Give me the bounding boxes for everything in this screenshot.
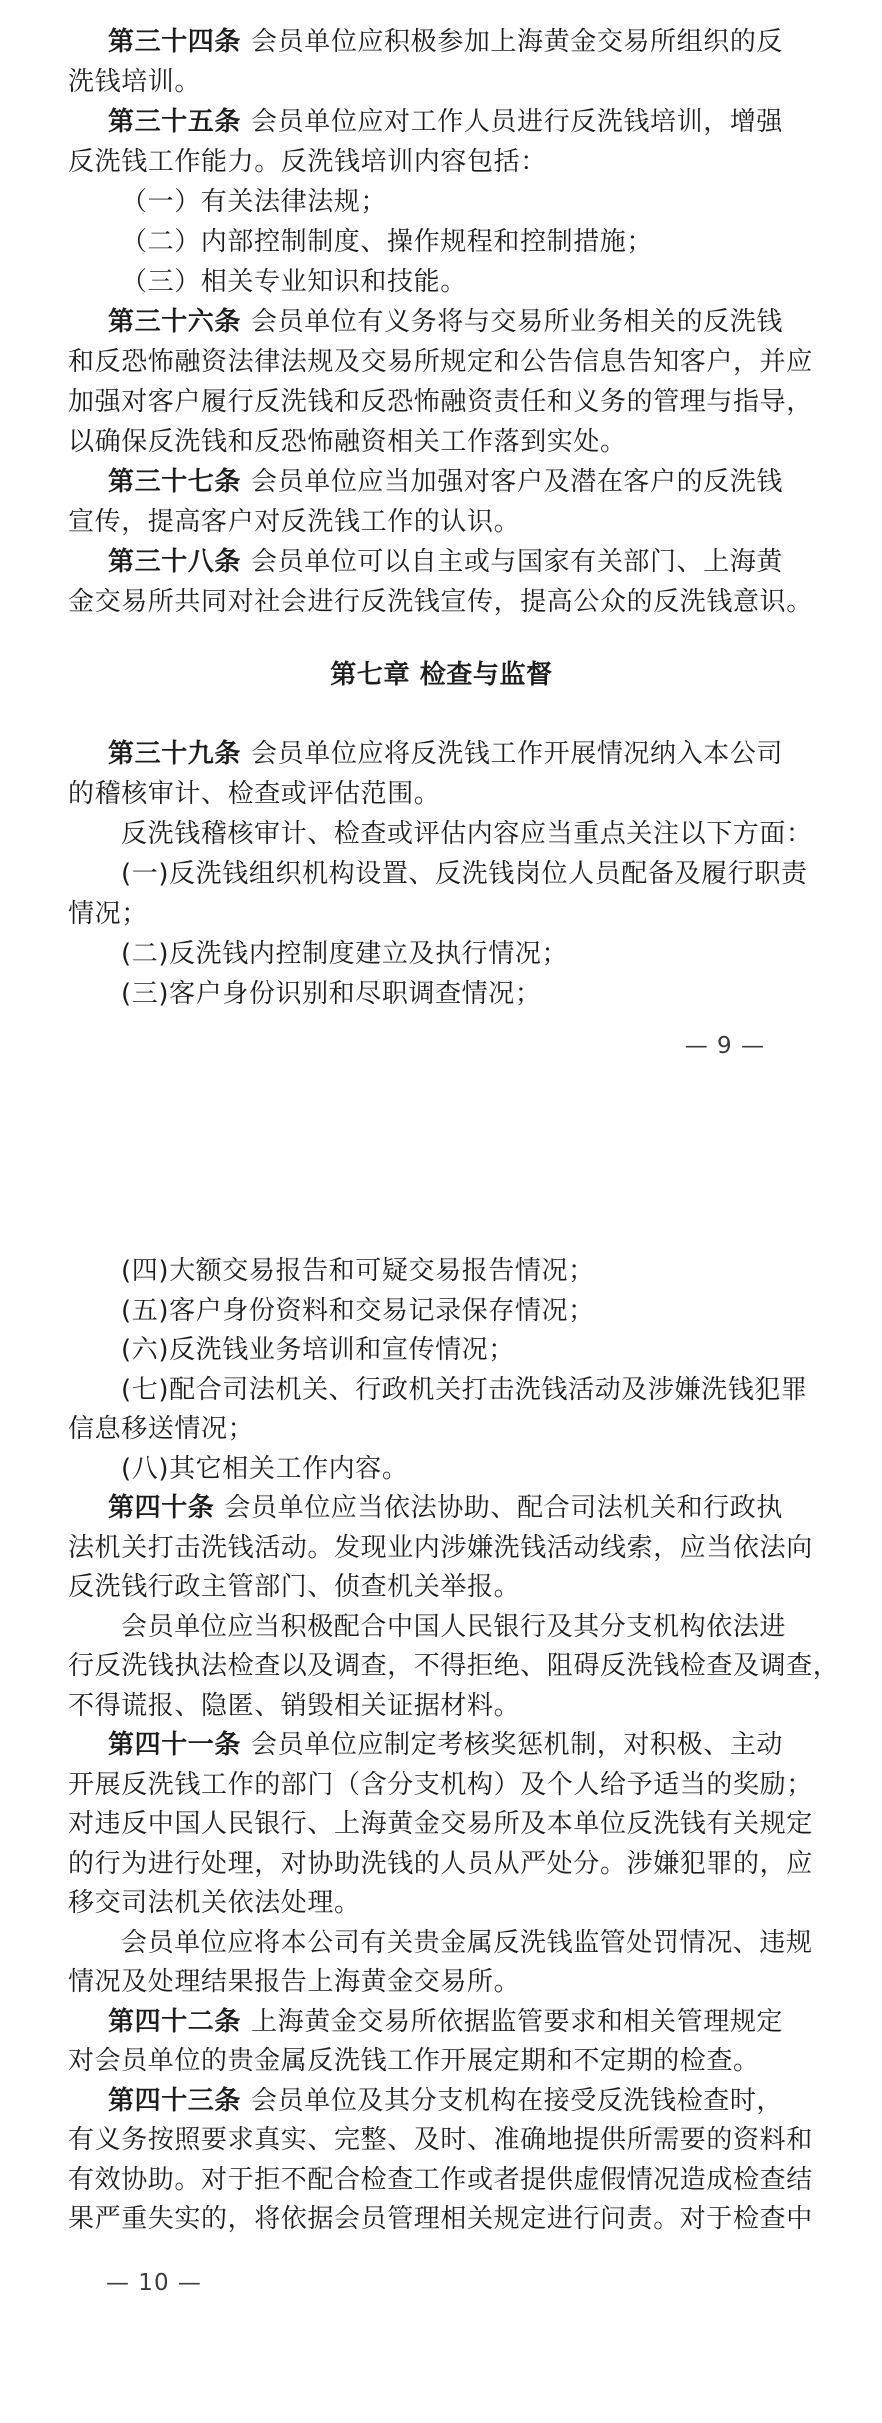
line-text: 以确保反洗钱和反恐怖融资相关工作落到实处。 <box>68 427 627 457</box>
text-line: （二）内部控制制度、操作规程和控制措施； <box>68 222 815 262</box>
text-line: 第四十一条会员单位应制定考核奖惩机制，对积极、主动 <box>68 1726 802 1766</box>
text-line: 第四十二条上海黄金交易所依据监管要求和相关管理规定 <box>68 2003 802 2043</box>
text-line: （一）有关法律法规； <box>68 182 815 222</box>
text-line: (四)大额交易报告和可疑交易报告情况； <box>68 1252 815 1292</box>
text-line: (二)反洗钱内控制度建立及执行情况； <box>68 934 815 974</box>
line-text: (五)客户身份资料和交易记录保存情况； <box>121 1296 595 1326</box>
text-line: (七)配合司法机关、行政机关打击洗钱活动及涉嫌洗钱犯罪 <box>68 1371 815 1411</box>
line-text: （三）相关专业知识和技能。 <box>121 267 467 297</box>
text-line: 有效协助。对于拒不配合检查工作或者提供虚假情况造成检查结 <box>68 2161 815 2201</box>
line-text: 宣传，提高客户对反洗钱工作的认识。 <box>68 507 520 537</box>
text-line: 有义务按照要求真实、完整、及时、准确地提供所需要的资料和 <box>68 2121 815 2161</box>
line-text: 会员单位应制定考核奖惩机制，对积极、主动 <box>251 1730 783 1760</box>
line-text: （二）内部控制制度、操作规程和控制措施； <box>121 227 653 257</box>
line-text: 对会员单位的贵金属反洗钱工作开展定期和不定期的检查。 <box>68 2046 760 2076</box>
text-line: 信息移送情况； <box>68 1410 815 1450</box>
text-line: 会员单位应将本公司有关贵金属反洗钱监管处罚情况、违规 <box>68 1924 815 1964</box>
text-line: (五)客户身份资料和交易记录保存情况； <box>68 1292 815 1332</box>
text-line: 对违反中国人民银行、上海黄金交易所及本单位反洗钱有关规定 <box>68 1805 815 1845</box>
line-text: — 10 — <box>106 2270 202 2296</box>
text-line: 以确保反洗钱和反恐怖融资相关工作落到实处。 <box>68 422 815 462</box>
text-line: 加强对客户履行反洗钱和反恐怖融资责任和义务的管理与指导， <box>68 382 815 422</box>
line-text: 开展反洗钱工作的部门（含分支机构）及个人给予适当的奖励； <box>68 1770 813 1800</box>
text-line: （三）相关专业知识和技能。 <box>68 262 815 302</box>
line-text: 会员单位可以自主或与国家有关部门、上海黄 <box>251 547 783 577</box>
line-text: 第七章 检查与监督 <box>330 660 552 690</box>
line-text: 的行为进行处理，对协助洗钱的人员从严处分。涉嫌犯罪的，应 <box>68 1849 813 1879</box>
line-text: 果严重失实的，将依据会员管理相关规定进行问责。对于检查中 <box>68 2204 813 2234</box>
text-line: 第三十六条会员单位有义务将与交易所业务相关的反洗钱 <box>68 302 802 342</box>
article-number: 第三十九条 <box>108 739 241 769</box>
text-line: 情况及处理结果报告上海黄金交易所。 <box>68 1963 815 2003</box>
line-text: (七)配合司法机关、行政机关打击洗钱活动及涉嫌洗钱犯罪 <box>121 1375 808 1405</box>
text-line: 宣传，提高客户对反洗钱工作的认识。 <box>68 502 815 542</box>
document-scan: 第三十四条会员单位应积极参加上海黄金交易所组织的反洗钱培训。第三十五条会员单位应… <box>0 0 882 2423</box>
page-number: — 9 — <box>68 1026 815 1066</box>
text-line: (三)客户身份识别和尽职调查情况； <box>68 974 815 1014</box>
article-number: 第四十条 <box>108 1493 214 1523</box>
line-text: 反洗钱工作能力。反洗钱培训内容包括： <box>68 147 547 177</box>
text-line: 反洗钱稽核审计、检查或评估内容应当重点关注以下方面： <box>68 814 815 854</box>
line-text: (二)反洗钱内控制度建立及执行情况； <box>121 939 568 969</box>
article-number: 第三十七条 <box>108 467 241 497</box>
text-line: 开展反洗钱工作的部门（含分支机构）及个人给予适当的奖励； <box>68 1766 815 1806</box>
scanned-page-10: (四)大额交易报告和可疑交易报告情况；(五)客户身份资料和交易记录保存情况；(六… <box>0 1252 882 2303</box>
line-text: 行反洗钱执法检查以及调查，不得拒绝、阻碍反洗钱检查及调查， <box>68 1651 839 1681</box>
article-number: 第三十四条 <box>108 27 241 57</box>
line-text: 情况； <box>68 899 148 929</box>
line-text: 会员单位应当加强对客户及潜在客户的反洗钱 <box>251 467 783 497</box>
text-line: (六)反洗钱业务培训和宣传情况； <box>68 1331 815 1371</box>
line-text: 有效协助。对于拒不配合检查工作或者提供虚假情况造成检查结 <box>68 2165 813 2195</box>
text-line: 第三十九条会员单位应将反洗钱工作开展情况纳入本公司 <box>68 734 802 774</box>
chapter-heading: 第七章 检查与监督 <box>68 655 815 695</box>
line-text: 会员单位应当积极配合中国人民银行及其分支机构依法进 <box>121 1612 786 1642</box>
text-line: 情况； <box>68 894 815 934</box>
text-line: 第四十条会员单位应当依法协助、配合司法机关和行政执 <box>68 1489 802 1529</box>
text-line: 果严重失实的，将依据会员管理相关规定进行问责。对于检查中 <box>68 2200 815 2240</box>
line-text: 的稽核审计、检查或评估范围。 <box>68 779 440 809</box>
text-line: (一)反洗钱组织机构设置、反洗钱岗位人员配备及履行职责 <box>68 854 815 894</box>
article-number: 第四十一条 <box>108 1730 241 1760</box>
line-text: 加强对客户履行反洗钱和反恐怖融资责任和义务的管理与指导， <box>68 387 813 417</box>
text-line: 第三十八条会员单位可以自主或与国家有关部门、上海黄 <box>68 542 802 582</box>
article-number: 第三十八条 <box>108 547 241 577</box>
text-line: 第三十七条会员单位应当加强对客户及潜在客户的反洗钱 <box>68 462 802 502</box>
line-text: (八)其它相关工作内容。 <box>121 1454 409 1484</box>
line-text: — 9 — <box>685 1033 765 1059</box>
text-line: (八)其它相关工作内容。 <box>68 1450 815 1490</box>
text-line: 的行为进行处理，对协助洗钱的人员从严处分。涉嫌犯罪的，应 <box>68 1845 815 1885</box>
text-line: 金交易所共同对社会进行反洗钱宣传，提高公众的反洗钱意识。 <box>68 582 815 622</box>
text-line: 的稽核审计、检查或评估范围。 <box>68 774 815 814</box>
line-text: 上海黄金交易所依据监管要求和相关管理规定 <box>251 2007 783 2037</box>
text-line: 行反洗钱执法检查以及调查，不得拒绝、阻碍反洗钱检查及调查， <box>68 1647 815 1687</box>
page-number: — 10 — <box>68 2264 853 2304</box>
line-text: 不得谎报、隐匿、销毁相关证据材料。 <box>68 1691 520 1721</box>
text-line: 第四十三条会员单位及其分支机构在接受反洗钱检查时， <box>68 2082 802 2122</box>
line-text: (一)反洗钱组织机构设置、反洗钱岗位人员配备及履行职责 <box>121 859 808 889</box>
line-text: 和反恐怖融资法律法规及交易所规定和公告信息告知客户，并应 <box>68 347 813 377</box>
line-text: 对违反中国人民银行、上海黄金交易所及本单位反洗钱有关规定 <box>68 1809 813 1839</box>
text-line: 不得谎报、隐匿、销毁相关证据材料。 <box>68 1687 815 1727</box>
text-line: 第三十四条会员单位应积极参加上海黄金交易所组织的反 <box>68 22 802 62</box>
line-text: 洗钱培训。 <box>68 67 201 97</box>
line-text: 会员单位有义务将与交易所业务相关的反洗钱 <box>251 307 783 337</box>
text-line: 会员单位应当积极配合中国人民银行及其分支机构依法进 <box>68 1608 815 1648</box>
line-text: 会员单位及其分支机构在接受反洗钱检查时， <box>251 2086 783 2116</box>
line-text: 反洗钱行政主管部门、侦查机关举报。 <box>68 1572 520 1602</box>
line-text: 会员单位应积极参加上海黄金交易所组织的反 <box>251 27 783 57</box>
text-line: 反洗钱行政主管部门、侦查机关举报。 <box>68 1568 815 1608</box>
article-number: 第三十五条 <box>108 107 241 137</box>
line-text: (三)客户身份识别和尽职调查情况； <box>121 979 542 1009</box>
article-number: 第四十三条 <box>108 2086 241 2116</box>
text-line: 对会员单位的贵金属反洗钱工作开展定期和不定期的检查。 <box>68 2042 815 2082</box>
text-line: 洗钱培训。 <box>68 62 815 102</box>
article-number: 第三十六条 <box>108 307 241 337</box>
line-text: 金交易所共同对社会进行反洗钱宣传，提高公众的反洗钱意识。 <box>68 587 813 617</box>
text-line: 反洗钱工作能力。反洗钱培训内容包括： <box>68 142 815 182</box>
line-text: 会员单位应将反洗钱工作开展情况纳入本公司 <box>251 739 783 769</box>
line-text: (六)反洗钱业务培训和宣传情况； <box>121 1335 515 1365</box>
text-line: 法机关打击洗钱活动。发现业内涉嫌洗钱活动线索，应当依法向 <box>68 1529 815 1569</box>
line-text: 反洗钱稽核审计、检查或评估内容应当重点关注以下方面： <box>121 819 813 849</box>
line-text: 信息移送情况； <box>68 1414 254 1444</box>
line-text: 情况及处理结果报告上海黄金交易所。 <box>68 1967 520 1997</box>
text-line: 移交司法机关依法处理。 <box>68 1884 815 1924</box>
line-text: (四)大额交易报告和可疑交易报告情况； <box>121 1256 595 1286</box>
line-text: 法机关打击洗钱活动。发现业内涉嫌洗钱活动线索，应当依法向 <box>68 1533 813 1563</box>
line-text: 有义务按照要求真实、完整、及时、准确地提供所需要的资料和 <box>68 2125 813 2155</box>
text-line: 和反恐怖融资法律法规及交易所规定和公告信息告知客户，并应 <box>68 342 815 382</box>
line-text: 会员单位应当依法协助、配合司法机关和行政执 <box>224 1493 783 1523</box>
article-number: 第四十二条 <box>108 2007 241 2037</box>
line-text: 移交司法机关依法处理。 <box>68 1888 361 1918</box>
text-line: 第三十五条会员单位应对工作人员进行反洗钱培训，增强 <box>68 102 802 142</box>
line-text: （一）有关法律法规； <box>121 187 387 217</box>
scanned-page-9: 第三十四条会员单位应积极参加上海黄金交易所组织的反洗钱培训。第三十五条会员单位应… <box>0 0 882 1066</box>
line-text: 会员单位应将本公司有关贵金属反洗钱监管处罚情况、违规 <box>121 1928 813 1958</box>
line-text: 会员单位应对工作人员进行反洗钱培训，增强 <box>251 107 783 137</box>
